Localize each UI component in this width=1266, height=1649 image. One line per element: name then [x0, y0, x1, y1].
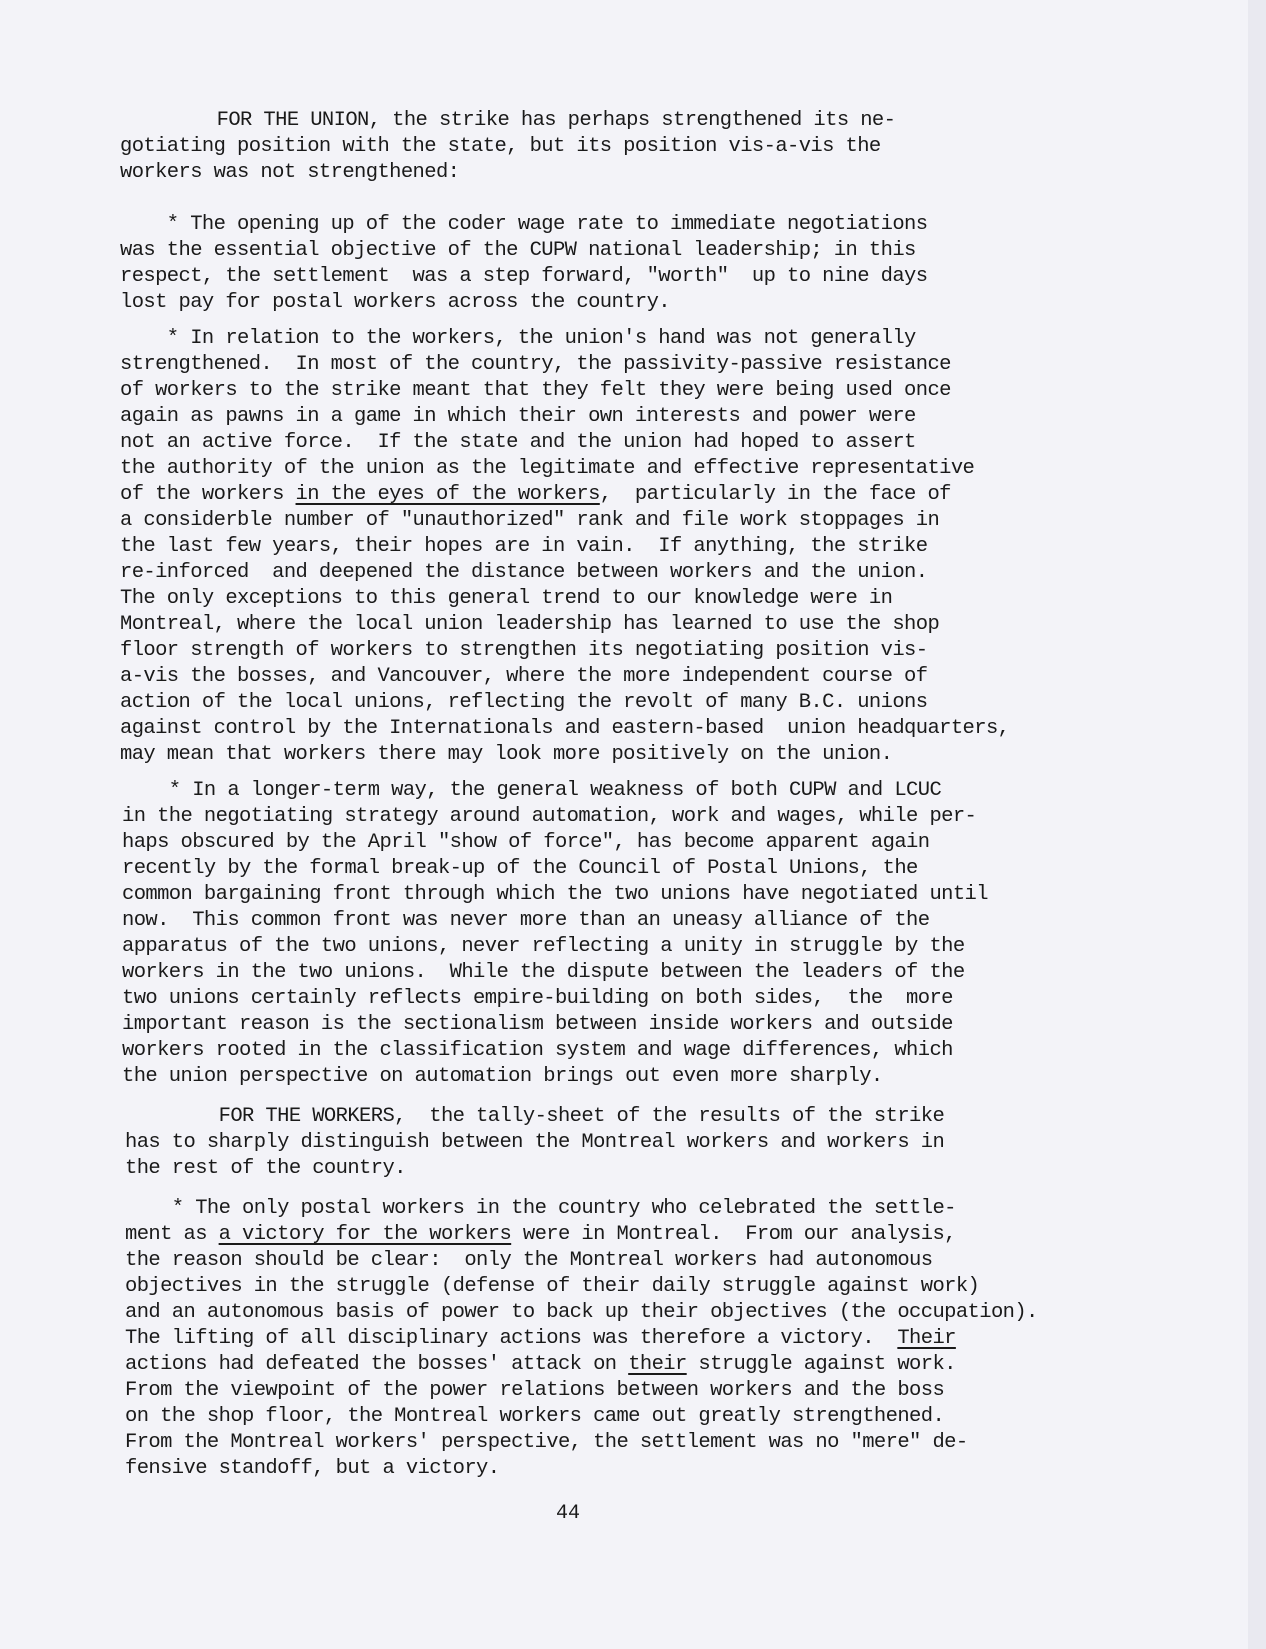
text-line: a-vis the bosses, and Vancouver, where t… [120, 664, 927, 690]
text-line: not an active force. If the state and th… [120, 430, 916, 456]
text-span: The lifting of all disciplinary actions … [125, 1327, 897, 1350]
text-line: common bargaining front through which th… [122, 882, 988, 908]
text-line: fensive standoff, but a victory. [125, 1456, 499, 1482]
text-line: two unions certainly reflects empire-bui… [122, 986, 953, 1012]
text-line: was the essential objective of the CUPW … [120, 238, 916, 264]
text-line: recently by the formal break-up of the C… [122, 856, 918, 882]
text-line: strengthened. In most of the country, th… [120, 352, 951, 378]
text-line: lost pay for postal workers across the c… [120, 290, 670, 316]
text-line: on the shop floor, the Montreal workers … [125, 1404, 944, 1430]
text-line: apparatus of the two unions, never refle… [122, 934, 965, 960]
text-line: again as pawns in a game in which their … [120, 404, 916, 430]
text-line: The only exceptions to this general tren… [120, 586, 892, 612]
text-line: * The opening up of the coder wage rate … [120, 212, 927, 238]
text-span: , particularly in the face of [600, 483, 951, 506]
text-line: in the negotiating strategy around autom… [122, 804, 976, 830]
text-line: the reason should be clear: only the Mon… [125, 1248, 932, 1274]
text-line: workers rooted in the classification sys… [122, 1038, 953, 1064]
text-line: The lifting of all disciplinary actions … [125, 1326, 956, 1352]
text-line: * The only postal workers in the country… [125, 1196, 956, 1222]
text-line: FOR THE UNION, the strike has perhaps st… [123, 108, 895, 134]
text-line: re-inforced and deepened the distance be… [120, 560, 927, 586]
document-page: FOR THE UNION, the strike has perhaps st… [0, 0, 1266, 1649]
text-line: workers in the two unions. While the dis… [122, 960, 965, 986]
text-line: From the Montreal workers' perspective, … [125, 1430, 968, 1456]
text-line: * In relation to the workers, the union'… [120, 326, 916, 352]
page-number: 44 [556, 1502, 580, 1525]
text-line: objectives in the struggle (defense of t… [125, 1274, 979, 1300]
text-line: haps obscured by the April "show of forc… [122, 830, 929, 856]
text-line: FOR THE WORKERS, the tally-sheet of the … [125, 1104, 944, 1130]
text-line: may mean that workers there may look mor… [120, 742, 892, 768]
text-line: action of the local unions, reflecting t… [120, 690, 927, 716]
text-line: floor strength of workers to strengthen … [120, 638, 927, 664]
text-line: the rest of the country. [125, 1156, 406, 1182]
text-line: gotiating position with the state, but i… [120, 134, 881, 160]
underlined-emphasis: Their [897, 1327, 956, 1350]
underlined-emphasis: a victory for the workers [219, 1223, 512, 1246]
text-line: respect, the settlement was a step forwa… [120, 264, 927, 290]
text-line: against control by the Internationals an… [120, 716, 1009, 742]
text-span: actions had defeated the bosses' attack … [125, 1353, 628, 1376]
text-line: the last few years, their hopes are in v… [120, 534, 927, 560]
text-line: * In a longer-term way, the general weak… [122, 778, 941, 804]
text-line: has to sharply distinguish between the M… [125, 1130, 944, 1156]
underlined-emphasis: their [628, 1353, 687, 1376]
text-line: of workers to the strike meant that they… [120, 378, 951, 404]
text-line: From the viewpoint of the power relation… [125, 1378, 944, 1404]
text-line: the union perspective on automation brin… [122, 1064, 883, 1090]
text-line: the authority of the union as the legiti… [120, 456, 974, 482]
text-span: ment as [125, 1223, 219, 1246]
text-span: struggle against work. [687, 1353, 956, 1376]
text-line: workers was not strengthened: [120, 160, 459, 186]
text-line: a considerble number of "unauthorized" r… [120, 508, 939, 534]
text-line: and an autonomous basis of power to back… [125, 1300, 1038, 1326]
underlined-emphasis: in the eyes of the workers [296, 483, 600, 506]
text-line: actions had defeated the bosses' attack … [125, 1352, 956, 1378]
text-span: of the workers [120, 483, 296, 506]
text-line: Montreal, where the local union leadersh… [120, 612, 939, 638]
text-line: now. This common front was never more th… [122, 908, 929, 934]
text-span: were in Montreal. From our analysis, [511, 1223, 956, 1246]
text-line: ment as a victory for the workers were i… [125, 1222, 956, 1248]
text-line: of the workers in the eyes of the worker… [120, 482, 951, 508]
text-line: important reason is the sectionalism bet… [122, 1012, 953, 1038]
page-edge-shadow [1248, 0, 1266, 1649]
